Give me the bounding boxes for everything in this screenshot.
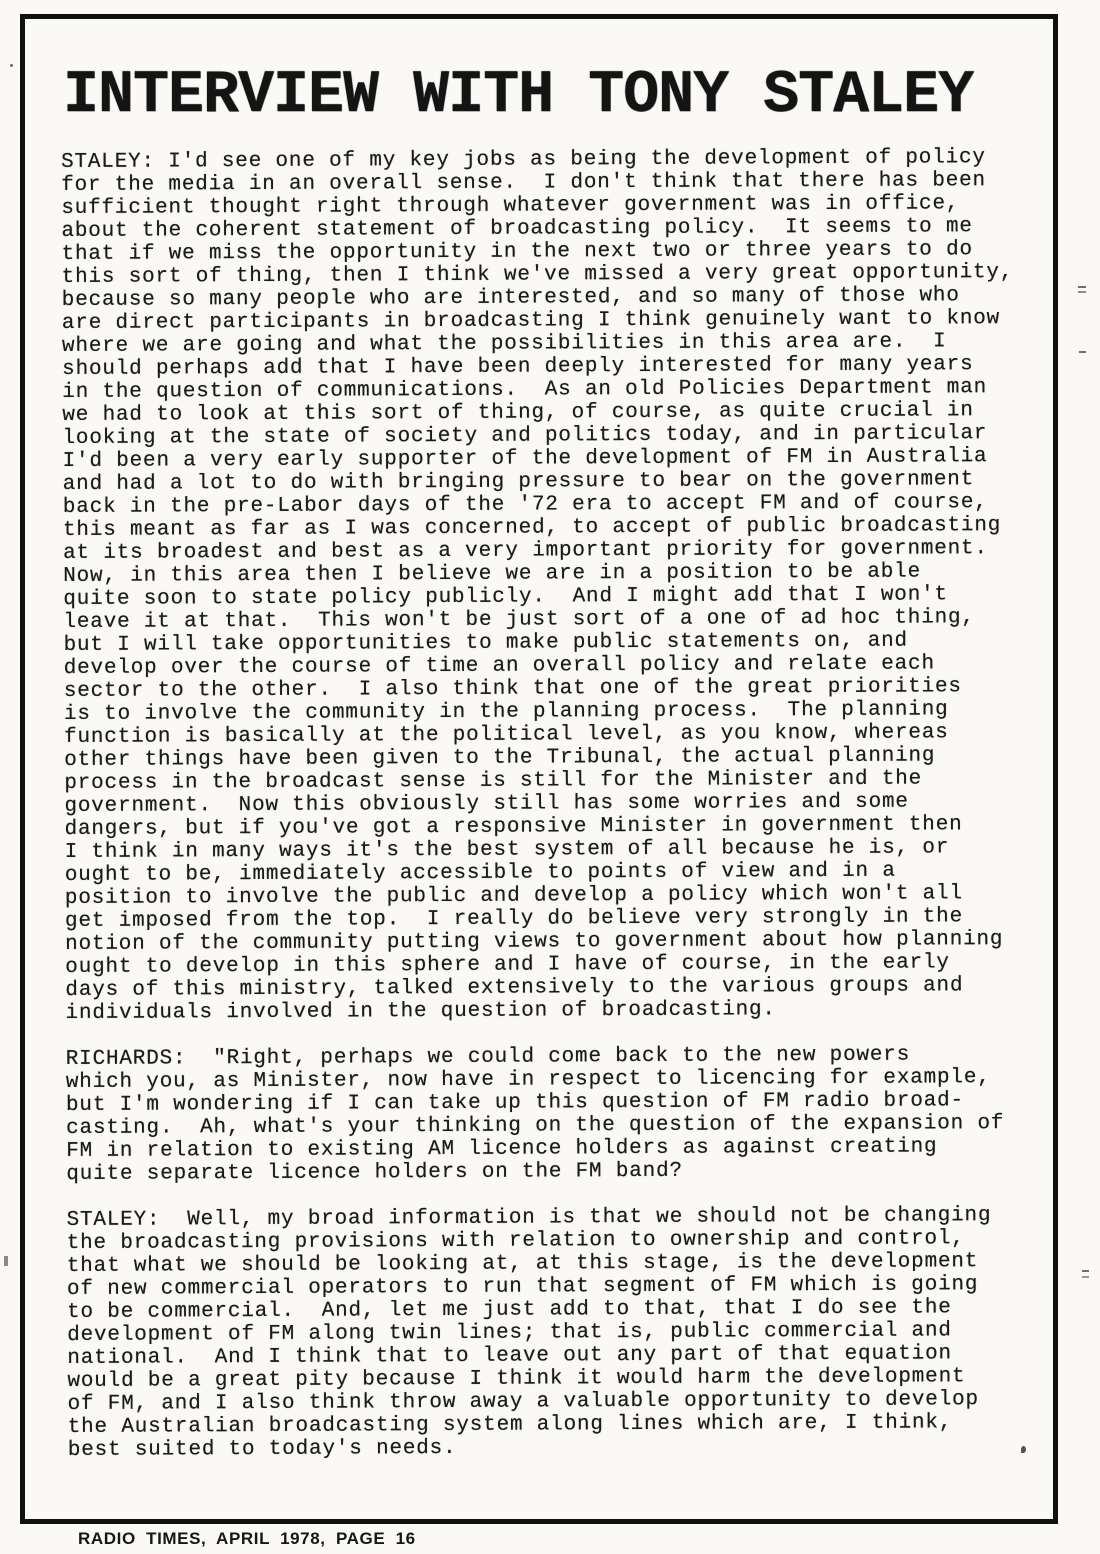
scan-speck — [4, 1256, 8, 1266]
scan-speck — [1021, 1446, 1026, 1453]
scanned-magazine-page: INTERVIEW WITH TONY STALEY STALEY: I'd s… — [0, 0, 1100, 1554]
scan-speck — [1079, 351, 1086, 353]
scan-speck — [1078, 286, 1086, 288]
interview-paragraph-staley-2: STALEY: Well, my broad information is th… — [67, 1204, 1053, 1462]
scan-speck — [10, 64, 13, 67]
interview-paragraph-staley-1: STALEY: I'd see one of my key jobs as be… — [61, 146, 1051, 1025]
page-border-frame: INTERVIEW WITH TONY STALEY STALEY: I'd s… — [20, 14, 1058, 1524]
scan-speck — [1082, 1270, 1089, 1272]
interview-text: STALEY: I'd see one of my key jobs as be… — [61, 146, 1053, 1462]
page-title: INTERVIEW WITH TONY STALEY — [63, 63, 1053, 129]
interview-paragraph-richards: RICHARDS: "Right, perhaps we could come … — [66, 1043, 1052, 1186]
page-footer: RADIO TIMES, APRIL 1978, PAGE 16 — [78, 1529, 416, 1549]
